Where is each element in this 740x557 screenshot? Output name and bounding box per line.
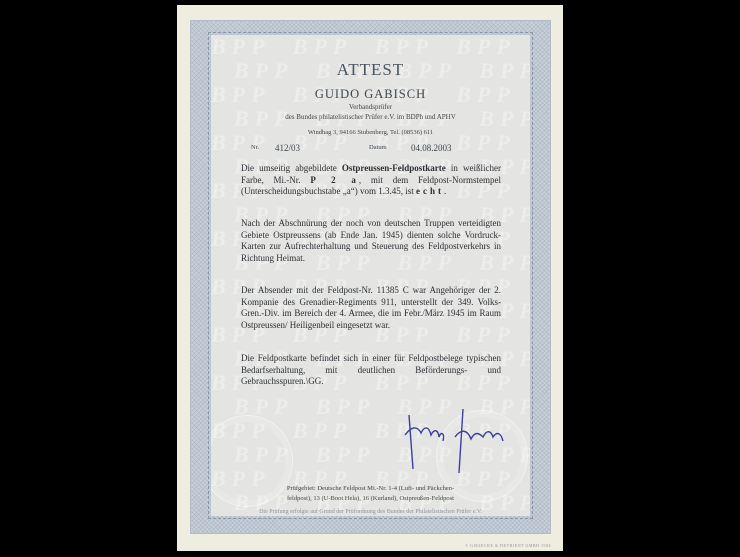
scope-line-2: feldpost), 13 (U-Boot Hela), 16 (Kurland… bbox=[211, 495, 530, 502]
regulation-note: Die Prüfung erfolgte auf Grund der Prüfo… bbox=[211, 509, 530, 515]
catalog-number: P 2 a bbox=[310, 175, 359, 185]
examiner-name: GUIDO GABISCH bbox=[211, 87, 530, 102]
certificate-panel: BPP BPP BPP BPP BPP BPP BPP BPP BPP BPP … bbox=[211, 35, 530, 516]
certificate-paper: BPP BPP BPP BPP BPP BPP BPP BPP BPP BPP … bbox=[177, 5, 563, 551]
document-title: ATTEST bbox=[211, 60, 530, 80]
date-label: Datum bbox=[369, 144, 387, 151]
item-name: Ostpreussen-Feldpostkarte bbox=[342, 163, 446, 173]
verdict: echt bbox=[416, 186, 444, 196]
paragraph-condition: Die Feldpostkarte befindet sich in einer… bbox=[241, 353, 501, 388]
address: Windhag 3, 94166 Stubenberg, Tel. (08536… bbox=[211, 129, 530, 136]
paragraph-verdict: Die umseitig abgebildete Ostpreussen-Fel… bbox=[241, 163, 501, 198]
printer-imprint: © GIESECKE & DEVRIENT GMBH 1984 bbox=[465, 543, 551, 548]
certificate-date: 04.08.2003 bbox=[411, 143, 452, 153]
paragraph-sender: Der Absender mit der Feldpost-Nr. 11385 … bbox=[241, 285, 501, 331]
p1-text: . bbox=[444, 186, 446, 196]
signature bbox=[391, 407, 521, 477]
association: des Bundes philatelistischer Prüfer e.V.… bbox=[211, 113, 530, 121]
number-label: Nr. bbox=[251, 144, 259, 151]
certificate-number: 412/03 bbox=[275, 143, 300, 153]
p1-text: Die umseitig abgebildete bbox=[241, 163, 342, 173]
guilloche-border: BPP BPP BPP BPP BPP BPP BPP BPP BPP BPP … bbox=[190, 20, 551, 534]
examiner-role: Verbandsprüfer bbox=[211, 103, 530, 111]
scope-line-1: Prüfgebiet: Deutsche Feldpost Mi.-Nr. 1-… bbox=[211, 485, 530, 492]
paragraph-history: Nach der Abschnürung der noch von deutsc… bbox=[241, 218, 501, 264]
